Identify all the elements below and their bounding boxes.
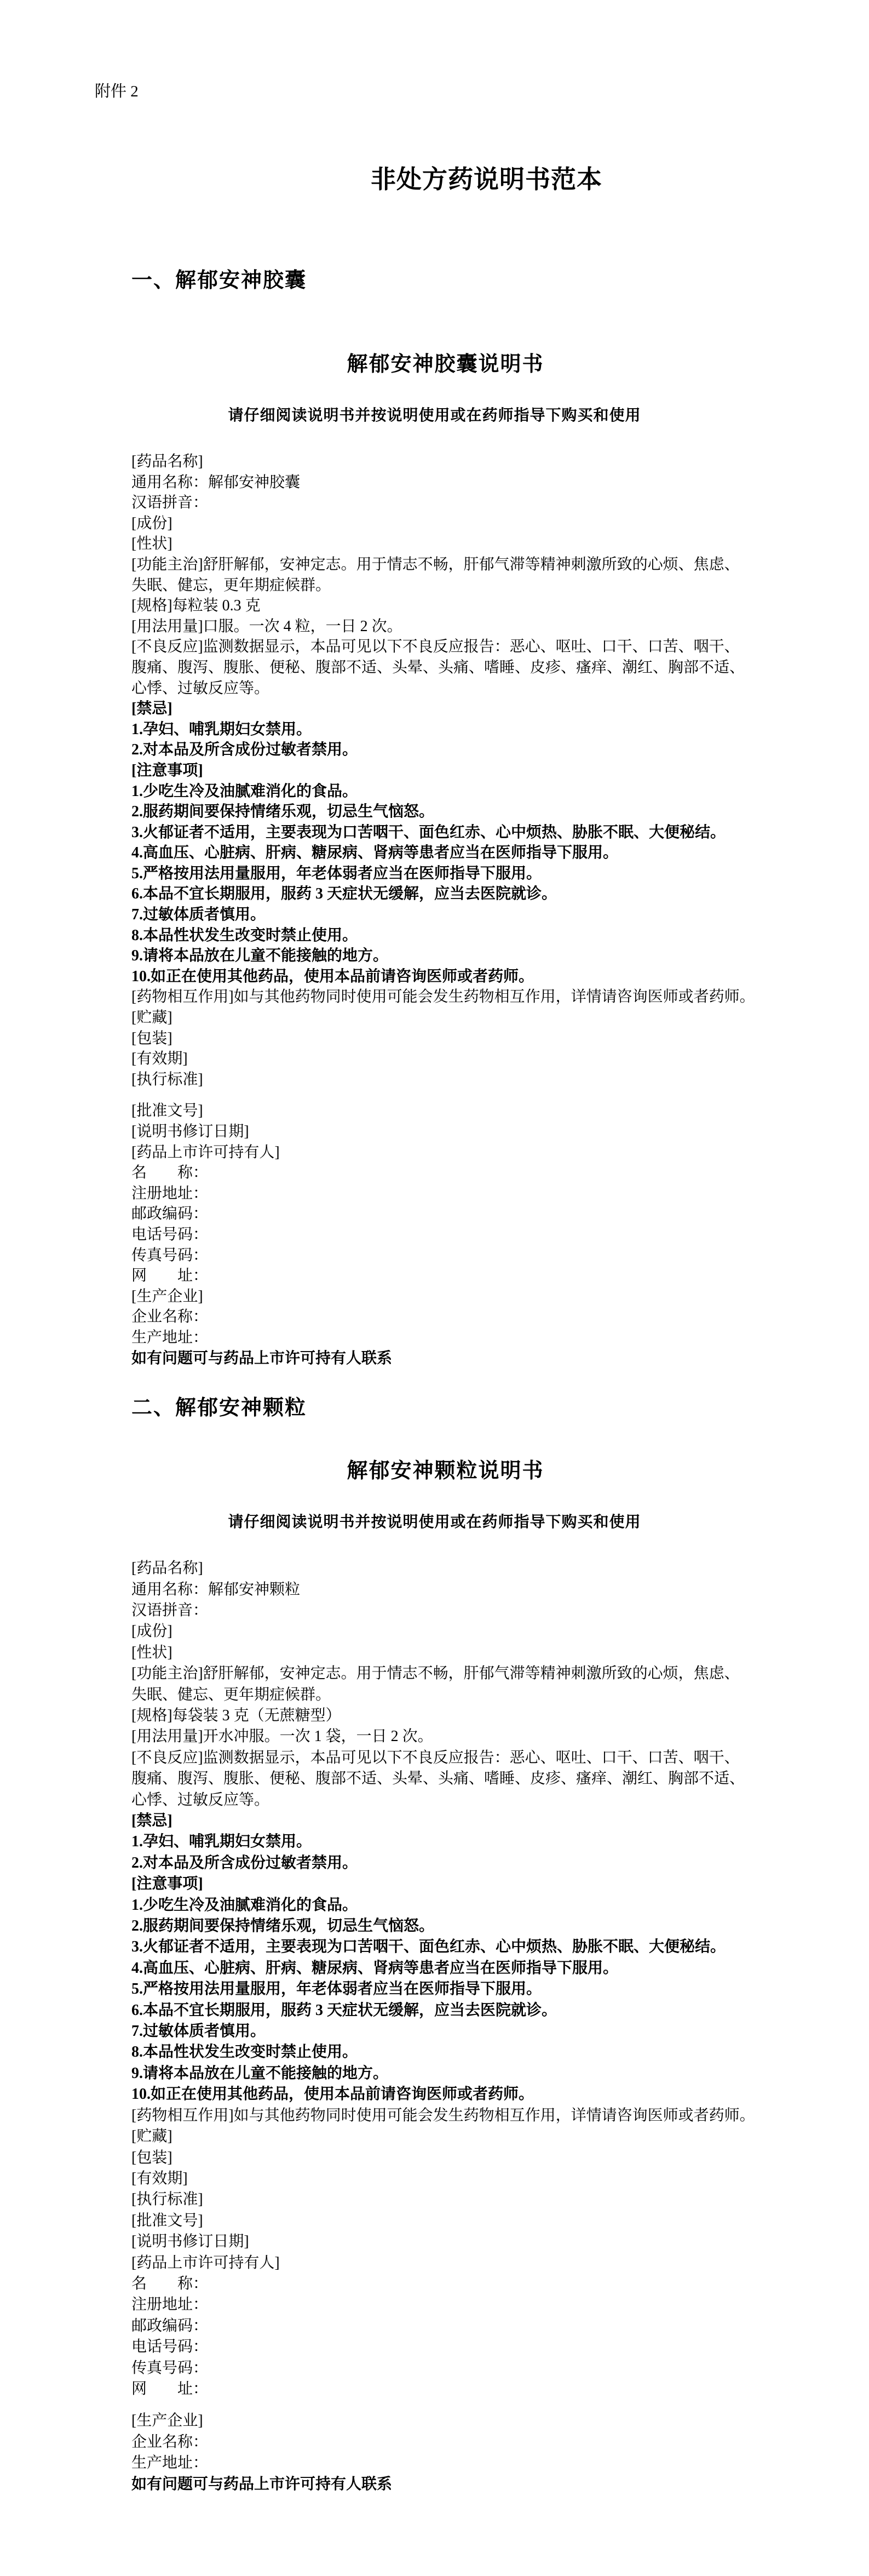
body-line: 生产地址： <box>131 1327 869 1348</box>
sections-root: 一、解郁安神胶囊解郁安神胶囊说明书请仔细阅读说明书并按说明使用或在药师指导下购买… <box>0 266 869 2495</box>
body-line: 企业名称： <box>131 2432 869 2453</box>
body-line: [执行标准] <box>131 1069 869 1090</box>
body-line: 2.对本品及所含成份过敏者禁用。 <box>131 740 869 760</box>
body-line: [药品名称] <box>131 451 869 472</box>
body-line: 6.本品不宜长期服用，服药 3 天症状无缓解，应当去医院就诊。 <box>131 2000 869 2021</box>
body-line: [贮藏] <box>131 2126 869 2147</box>
body-line: 2.服药期间要保持情绪乐观，切忌生气恼怒。 <box>131 802 869 822</box>
body-line: [功能主治]舒肝解郁，安神定志。用于情志不畅，肝郁气滞等精神刺激所致的心烦、焦虑… <box>131 554 869 575</box>
body-line: [包装] <box>131 1028 869 1049</box>
body-line: 腹痛、腹泻、腹胀、便秘、腹部不适、头晕、头痛、嗜睡、皮疹、瘙痒、潮红、胸部不适、 <box>131 1768 869 1789</box>
body-line: [生产企业] <box>131 1286 869 1307</box>
usage-notice: 请仔细阅读说明书并按说明使用或在药师指导下购买和使用 <box>0 1511 869 1534</box>
body-line: 通用名称：解郁安神胶囊 <box>131 472 869 493</box>
body-line: 5.严格按用法用量服用，年老体弱者应当在医师指导下服用。 <box>131 863 869 884</box>
body-line: [药品上市许可持有人] <box>131 1142 869 1163</box>
body-line: [注意事项] <box>131 760 869 781</box>
body-line: [执行标准] <box>131 2189 869 2210</box>
body-line: [成份] <box>131 513 869 534</box>
body-line: 3.火郁证者不适用，主要表现为口苦咽干、面色红赤、心中烦热、胁胀不眠、大便秘结。 <box>131 822 869 843</box>
body-line: 名 称： <box>131 1163 869 1183</box>
body-line: 汉语拼音： <box>131 1600 869 1621</box>
body-line: [禁忌] <box>131 1811 869 1831</box>
body-line: 1.少吃生冷及油腻难消化的食品。 <box>131 1895 869 1916</box>
body-line: 心悸、过敏反应等。 <box>131 678 869 699</box>
body-line: 如有问题可与药品上市许可持有人联系 <box>131 1348 869 1369</box>
drug-section-1: 一、解郁安神胶囊解郁安神胶囊说明书请仔细阅读说明书并按说明使用或在药师指导下购买… <box>0 266 869 1369</box>
body-line: [注意事项] <box>131 1874 869 1894</box>
body-line: 3.火郁证者不适用，主要表现为口苦咽干、面色红赤、心中烦热、胁胀不眠、大便秘结。 <box>131 1937 869 1957</box>
body-line: 心悸、过敏反应等。 <box>131 1790 869 1811</box>
body-line: [有效期] <box>131 1049 869 1069</box>
body-line: 如有问题可与药品上市许可持有人联系 <box>131 2474 869 2495</box>
body-line: 传真号码： <box>131 1245 869 1266</box>
body-line: [性状] <box>131 1642 869 1663</box>
body-line: 注册地址： <box>131 1183 869 1204</box>
body-line: [性状] <box>131 534 869 554</box>
body-line: [包装] <box>131 2148 869 2168</box>
body-line: 电话号码： <box>131 1224 869 1245</box>
body-line: 5.严格按用法用量服用，年老体弱者应当在医师指导下服用。 <box>131 1979 869 2000</box>
body-line: [用法用量]开水冲服。一次 1 袋，一日 2 次。 <box>131 1726 869 1747</box>
body-line: 生产地址： <box>131 2453 869 2474</box>
usage-notice: 请仔细阅读说明书并按说明使用或在药师指导下购买和使用 <box>0 404 869 427</box>
body-line: 4.高血压、心脏病、肝病、糖尿病、肾病等患者应当在医师指导下服用。 <box>131 843 869 863</box>
body-line: 邮政编码： <box>131 2316 869 2337</box>
main-title: 非处方药说明书范本 <box>0 164 869 195</box>
body-line: 电话号码： <box>131 2337 869 2357</box>
body-line: [药物相互作用]如与其他药物同时使用可能会发生药物相互作用，详情请咨询医师或者药… <box>131 2105 869 2126</box>
body-text: [药品名称]通用名称：解郁安神颗粒汉语拼音：[成份][性状][功能主治]舒肝解郁… <box>131 1558 869 2495</box>
body-line: [有效期] <box>131 2168 869 2189</box>
body-line: 9.请将本品放在儿童不能接触的地方。 <box>131 2063 869 2084</box>
body-line: 名 称： <box>131 2274 869 2294</box>
body-line: 4.高血压、心脏病、肝病、糖尿病、肾病等患者应当在医师指导下服用。 <box>131 1958 869 1979</box>
body-line: 10.如正在使用其他药品，使用本品前请咨询医师或者药师。 <box>131 2084 869 2105</box>
body-line: 失眠、健忘、更年期症候群。 <box>131 1685 869 1705</box>
body-line: [规格]每袋装 3 克（无蔗糖型） <box>131 1705 869 1726</box>
body-line: [说明书修订日期] <box>131 2231 869 2252</box>
body-line: 6.本品不宜长期服用，服药 3 天症状无缓解，应当去医院就诊。 <box>131 884 869 905</box>
sheet-title: 解郁安神胶囊说明书 <box>0 350 869 379</box>
body-line: [用法用量]口服。一次 4 粒，一日 2 次。 <box>131 616 869 637</box>
body-line: [不良反应]监测数据显示，本品可见以下不良反应报告：恶心、呕吐、口干、口苦、咽干… <box>131 1748 869 1768</box>
body-line: [批准文号] <box>131 1101 869 1121</box>
body-line: [功能主治]舒肝解郁，安神定志。用于情志不畅，肝郁气滞等精神刺激所致的心烦，焦虑… <box>131 1663 869 1684</box>
body-line: [成份] <box>131 1621 869 1642</box>
body-line: 注册地址： <box>131 2294 869 2315</box>
body-line: 2.对本品及所含成份过敏者禁用。 <box>131 1853 869 1874</box>
body-line: 9.请将本品放在儿童不能接触的地方。 <box>131 946 869 966</box>
body-line: [贮藏] <box>131 1007 869 1028</box>
body-line: 1.少吃生冷及油腻难消化的食品。 <box>131 781 869 802</box>
body-line: 7.过敏体质者慎用。 <box>131 905 869 925</box>
body-line: [药品名称] <box>131 1558 869 1579</box>
body-line: 失眠、健忘，更年期症候群。 <box>131 575 869 596</box>
body-line: 1.孕妇、哺乳期妇女禁用。 <box>131 1831 869 1852</box>
body-line: 网 址： <box>131 1266 869 1286</box>
body-line: [禁忌] <box>131 699 869 719</box>
body-line: 7.过敏体质者慎用。 <box>131 2021 869 2042</box>
body-line: 腹痛、腹泻、腹胀、便秘、腹部不适、头晕、头痛、嗜睡、皮疹、瘙痒、潮红、胸部不适、 <box>131 657 869 678</box>
body-line: [生产企业] <box>131 2411 869 2431</box>
document-page: 附件 2 非处方药说明书范本 一、解郁安神胶囊解郁安神胶囊说明书请仔细阅读说明书… <box>0 0 869 2576</box>
body-line: 网 址： <box>131 2379 869 2400</box>
body-line: [药品上市许可持有人] <box>131 2253 869 2274</box>
body-line: 企业名称： <box>131 1307 869 1327</box>
body-line: 邮政编码： <box>131 1204 869 1224</box>
section-heading: 一、解郁安神胶囊 <box>131 266 869 295</box>
body-line: [批准文号] <box>131 2211 869 2231</box>
body-line: 1.孕妇、哺乳期妇女禁用。 <box>131 719 869 740</box>
body-line: 通用名称：解郁安神颗粒 <box>131 1579 869 1600</box>
body-line: 汉语拼音： <box>131 493 869 513</box>
body-text: [药品名称]通用名称：解郁安神胶囊汉语拼音：[成份][性状][功能主治]舒肝解郁… <box>131 451 869 1369</box>
body-line: [不良反应]监测数据显示，本品可见以下不良反应报告：恶心、呕吐、口干、口苦、咽干… <box>131 637 869 657</box>
body-line: [药物相互作用]如与其他药物同时使用可能会发生药物相互作用，详情请咨询医师或者药… <box>131 987 869 1007</box>
body-line: [说明书修订日期] <box>131 1121 869 1142</box>
section-heading: 二、解郁安神颗粒 <box>131 1394 869 1422</box>
body-line: 2.服药期间要保持情绪乐观，切忌生气恼怒。 <box>131 1916 869 1937</box>
body-line: [规格]每粒装 0.3 克 <box>131 596 869 616</box>
attachment-label: 附件 2 <box>95 82 869 101</box>
body-line: 传真号码： <box>131 2358 869 2379</box>
drug-section-2: 二、解郁安神颗粒解郁安神颗粒说明书请仔细阅读说明书并按说明使用或在药师指导下购买… <box>0 1394 869 2495</box>
body-line: 10.如正在使用其他药品，使用本品前请咨询医师或者药师。 <box>131 966 869 987</box>
sheet-title: 解郁安神颗粒说明书 <box>0 1456 869 1486</box>
body-line: 8.本品性状发生改变时禁止使用。 <box>131 2042 869 2063</box>
body-line: 8.本品性状发生改变时禁止使用。 <box>131 925 869 946</box>
